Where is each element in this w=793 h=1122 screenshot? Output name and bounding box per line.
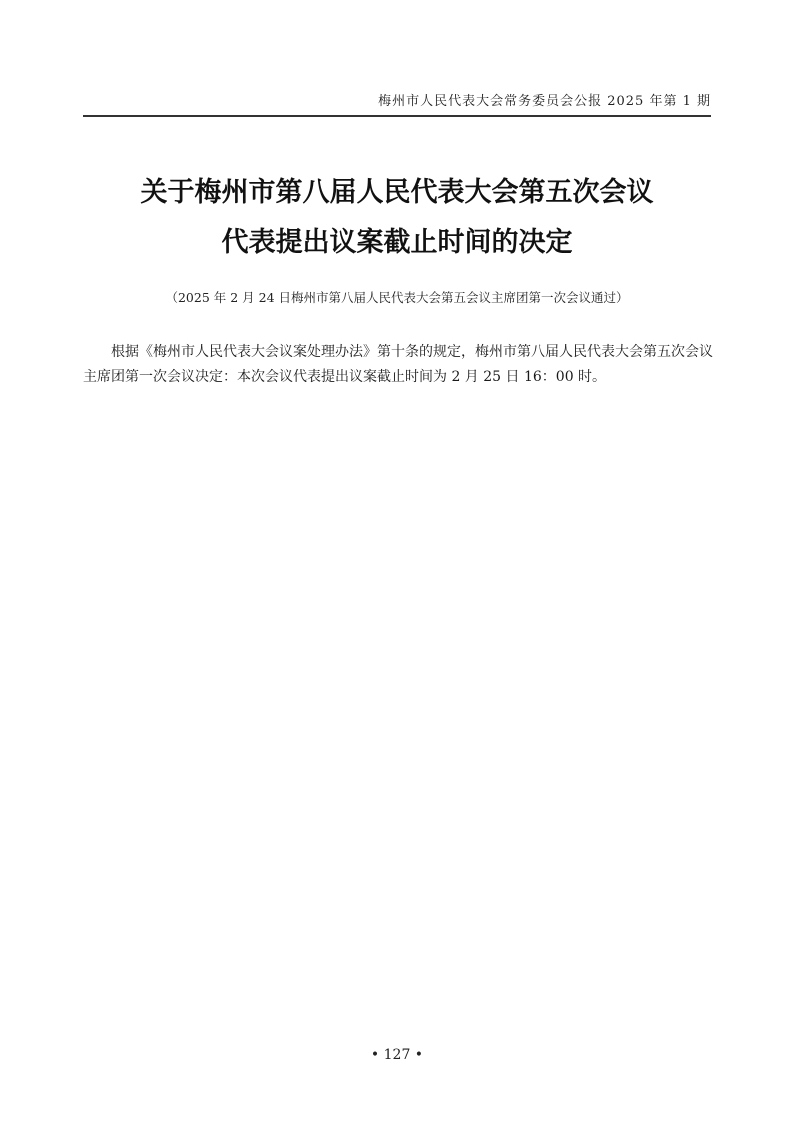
document-title: 关于梅州市第八届人民代表大会第五次会议 代表提出议案截止时间的决定 [83, 168, 711, 268]
running-header: 梅州市人民代表大会常务委员会公报 2025 年第 1 期 [83, 93, 711, 111]
body-line-1: 根据《梅州市人民代表大会议案处理办法》第十条的规定，梅州市第八届人民代表大会第五… [83, 340, 711, 365]
page-number: • 127 • [83, 1046, 711, 1064]
body-line-2: 主席团第一次会议决定：本次会议代表提出议案截止时间为 2 月 25 日 16：0… [83, 365, 711, 390]
body-paragraph: 根据《梅州市人民代表大会议案处理办法》第十条的规定，梅州市第八届人民代表大会第五… [83, 340, 711, 390]
title-line-2: 代表提出议案截止时间的决定 [83, 218, 711, 268]
header-rule [83, 115, 711, 117]
title-line-1: 关于梅州市第八届人民代表大会第五次会议 [83, 168, 711, 218]
adoption-note: （2025 年 2 月 24 日梅州市第八届人民代表大会第五会议主席团第一次会议… [83, 289, 711, 307]
